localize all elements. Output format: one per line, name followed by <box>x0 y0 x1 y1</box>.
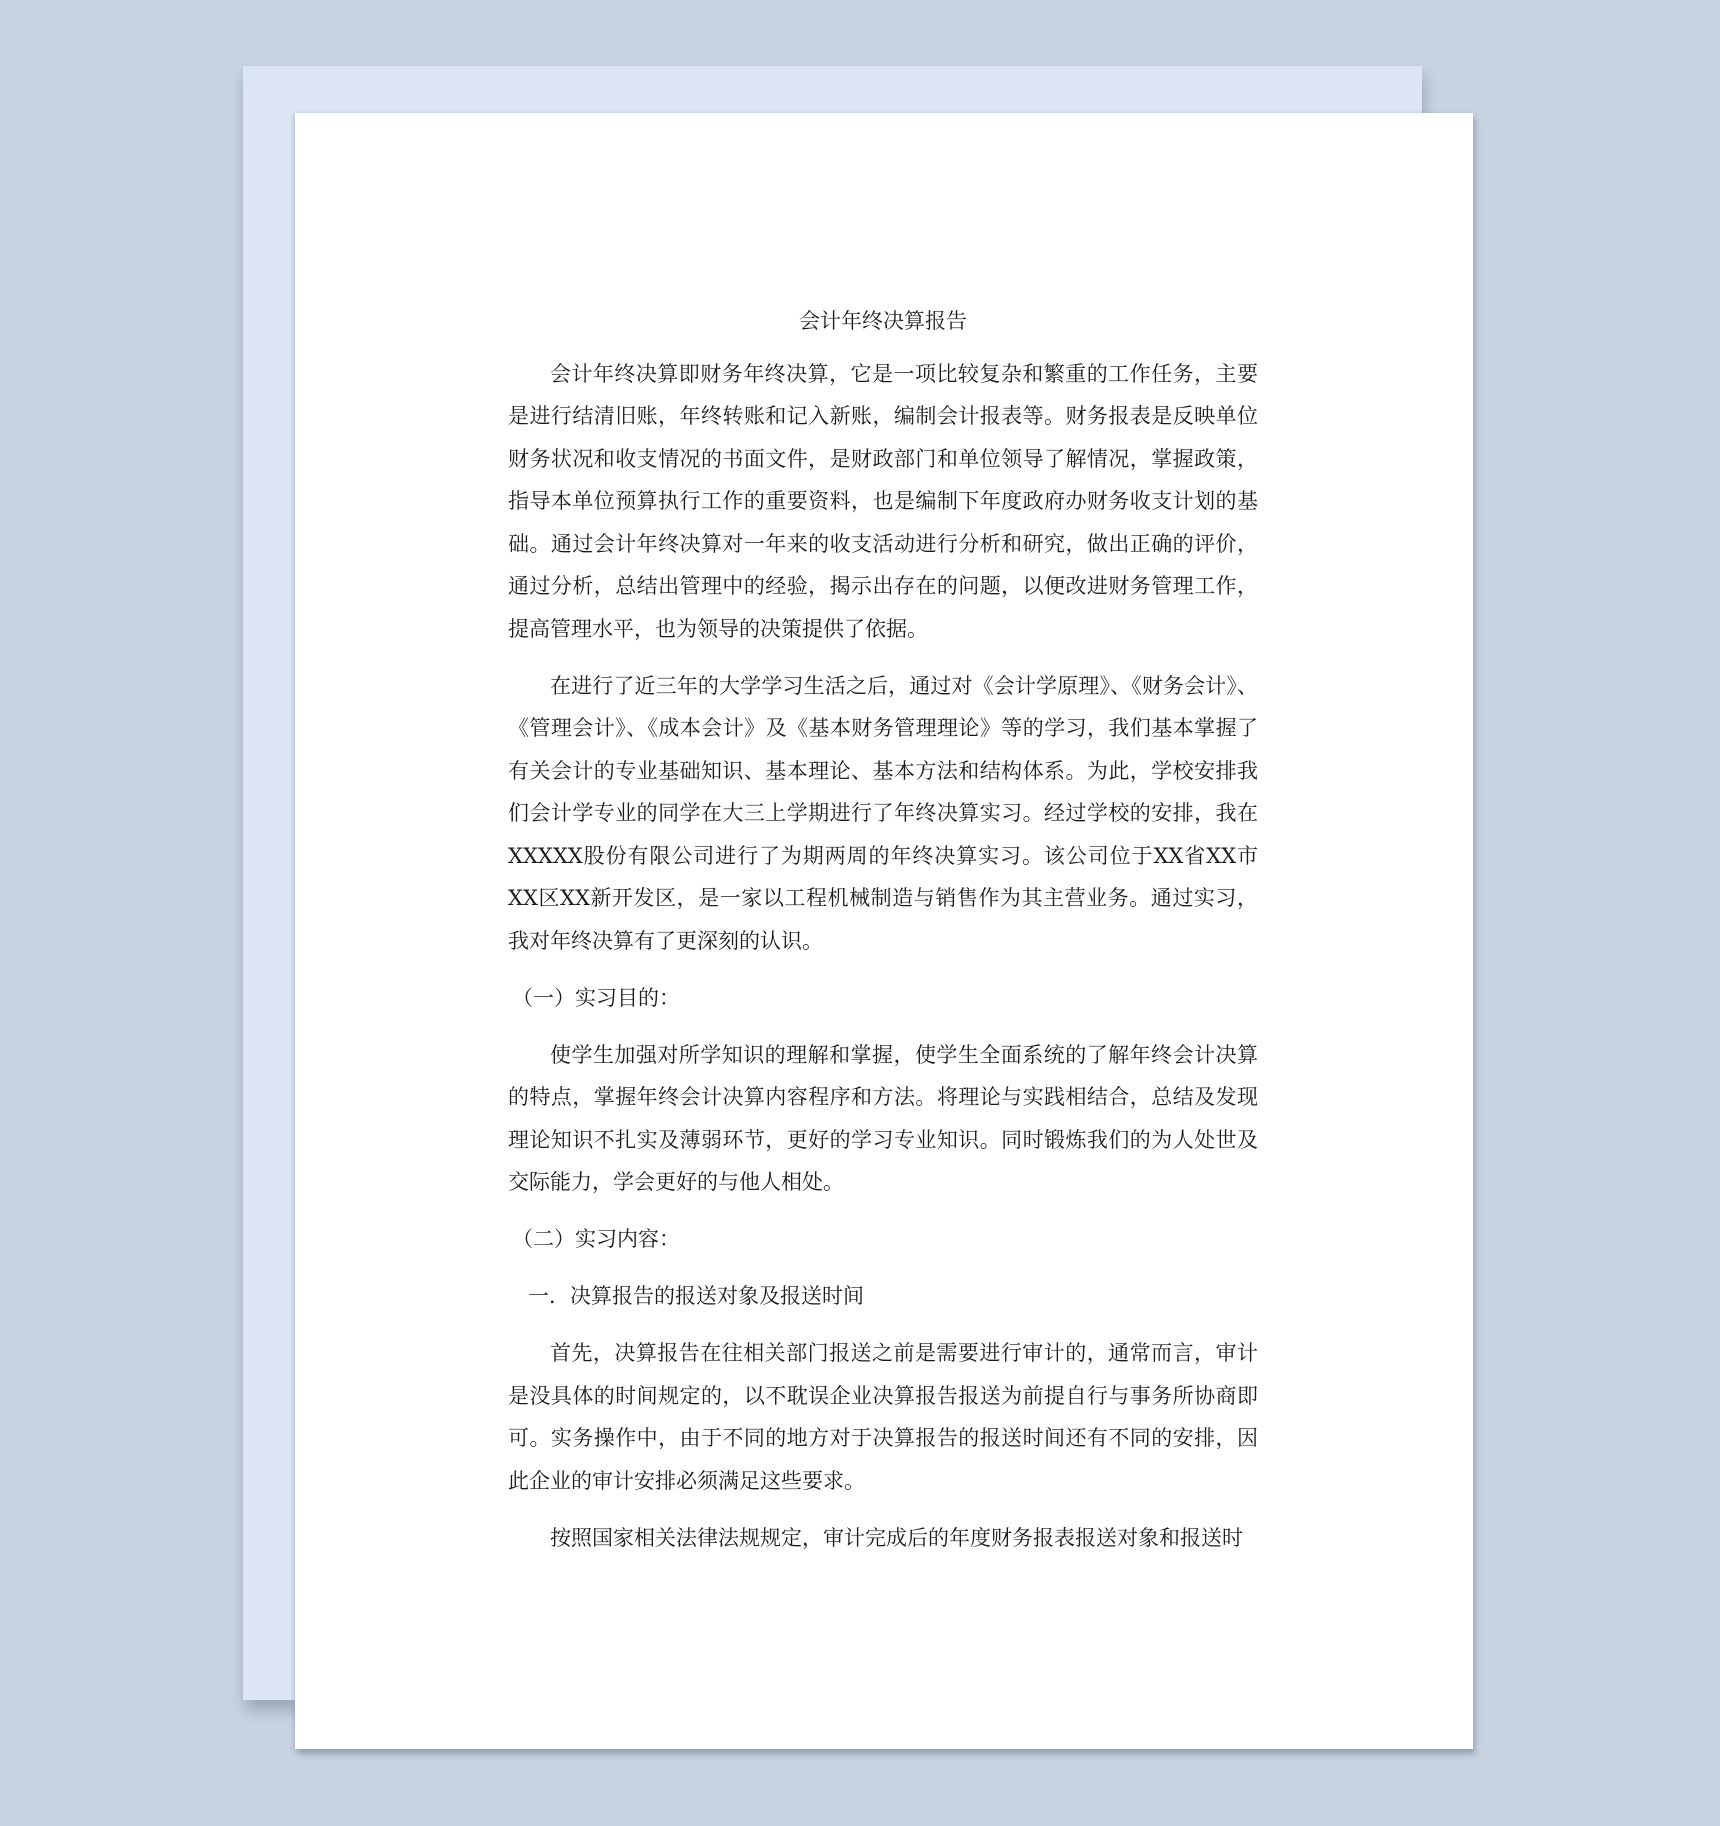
subheading-report-submission: 一．决算报告的报送对象及报送时间 <box>508 1275 1258 1318</box>
paragraph-audit: 首先，决算报告在往相关部门报送之前是需要进行审计的，通常而言，审计是没具体的时间… <box>508 1332 1258 1502</box>
section-heading-content: （二）实习内容： <box>508 1218 1258 1261</box>
paragraph-intro: 会计年终决算即财务年终决算，它是一项比较复杂和繁重的工作任务，主要是进行结清旧账… <box>508 353 1258 651</box>
document-title: 会计年终决算报告 <box>508 300 1258 343</box>
paragraph-background: 在进行了近三年的大学学习生活之后，通过对《会计学原理》、《财务会计》、《管理会计… <box>508 665 1258 963</box>
section-heading-purpose: （一）实习目的： <box>508 977 1258 1020</box>
paragraph-purpose: 使学生加强对所学知识的理解和掌握，使学生全面系统的了解年终会计决算的特点，掌握年… <box>508 1034 1258 1204</box>
document-body: 会计年终决算报告 会计年终决算即财务年终决算，它是一项比较复杂和繁重的工作任务，… <box>508 300 1258 1574</box>
paragraph-regulation: 按照国家相关法律法规规定，审计完成后的年度财务报表报送对象和报送时 <box>508 1517 1258 1560</box>
